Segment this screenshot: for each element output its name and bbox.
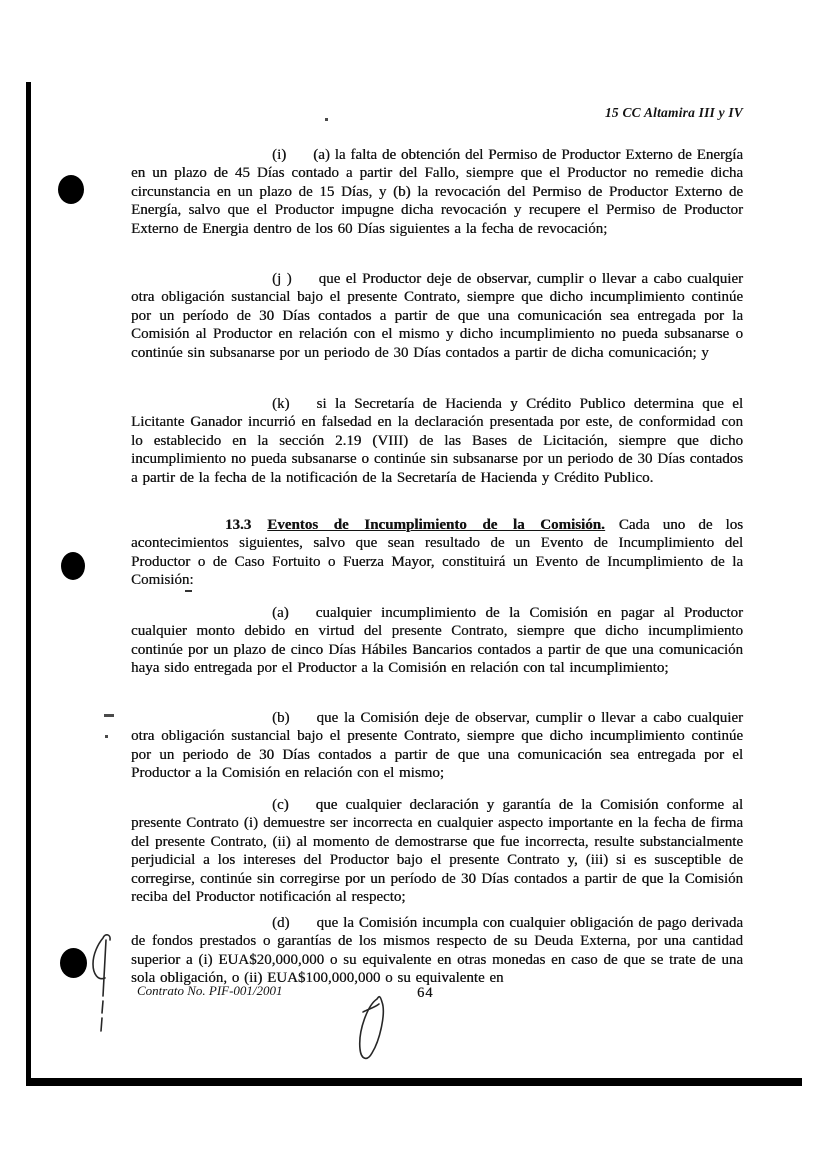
section-13-3: 13.3Eventos de Incumplimiento de la Comi… bbox=[131, 516, 743, 590]
subclause-a-label: (a) bbox=[272, 605, 316, 621]
clause-j-label: (j ) bbox=[272, 271, 319, 287]
section-number: 13.3 bbox=[225, 517, 267, 533]
section-title: Eventos de Incumplimiento de la Comisión… bbox=[267, 517, 619, 533]
clause-k-label: (k) bbox=[272, 396, 317, 412]
punch-hole-dot bbox=[58, 175, 84, 204]
stray-dash-mark bbox=[185, 590, 192, 592]
clause-j: (j )que el Productor deje de observar, c… bbox=[131, 270, 743, 362]
subclause-b-text: que la Comisión deje de observar, cumpli… bbox=[131, 710, 743, 781]
handwritten-paragraph-mark bbox=[85, 930, 119, 1038]
punch-hole-dot bbox=[61, 552, 85, 580]
page-number: 64 bbox=[417, 985, 434, 1002]
clause-i: (i)(a) la falta de obtención del Permiso… bbox=[131, 146, 743, 238]
subclause-d-text: que la Comisión incumpla con cualquier o… bbox=[131, 915, 743, 986]
scan-speck bbox=[325, 118, 328, 121]
subclause-a: (a)cualquier incumplimiento de la Comisi… bbox=[131, 604, 743, 678]
punch-hole-dot bbox=[60, 948, 87, 978]
subclause-a-text: cualquier incumplimiento de la Comisión … bbox=[131, 605, 743, 676]
footer-contract-number: Contrato No. PIF-001/2001 bbox=[137, 983, 283, 999]
subclause-b-label: (b) bbox=[272, 710, 317, 726]
subclause-c: (c)que cualquier declaración y garantía … bbox=[131, 796, 743, 906]
scan-edge-bottom-bar bbox=[26, 1078, 802, 1086]
subclause-c-label: (c) bbox=[272, 797, 316, 813]
scan-speck bbox=[105, 735, 108, 738]
subclause-d-label: (d) bbox=[272, 915, 317, 931]
clause-i-label: (i) bbox=[272, 147, 313, 163]
scan-speck bbox=[104, 714, 114, 717]
scanned-contract-page: 15 CC Altamira III y IV (i)(a) la falta … bbox=[0, 0, 828, 1169]
subclause-c-text: que cualquier declaración y garantía de … bbox=[131, 797, 743, 905]
scan-edge-left-bar bbox=[26, 82, 31, 1086]
clause-k-text: si la Secretaría de Hacienda y Crédito P… bbox=[131, 396, 743, 486]
clause-j-text: que el Productor deje de observar, cumpl… bbox=[131, 271, 743, 361]
subclause-b: (b)que la Comisión deje de observar, cum… bbox=[131, 709, 743, 783]
clause-k: (k)si la Secretaría de Hacienda y Crédit… bbox=[131, 395, 743, 487]
page-header-title: 15 CC Altamira III y IV bbox=[605, 105, 743, 121]
subclause-d: (d)que la Comisión incumpla con cualquie… bbox=[131, 914, 743, 988]
handwritten-oval-mark bbox=[352, 992, 394, 1068]
clause-i-text: (a) la falta de obtención del Permiso de… bbox=[131, 147, 743, 237]
